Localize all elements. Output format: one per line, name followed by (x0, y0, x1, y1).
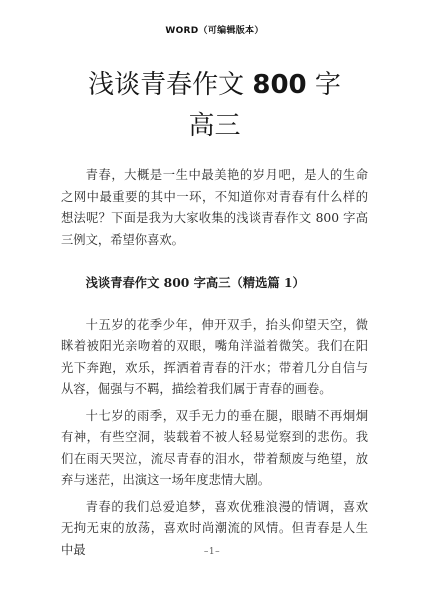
intro-paragraph: 青春，大概是一生中最美艳的岁月吧，是人的生命之网中最重要的其中一环，不知道你对青… (61, 165, 368, 251)
title-line-1: 浅谈青春作文 800 字 (61, 65, 368, 106)
body-paragraph-1: 十五岁的花季少年，伸开双手，抬头仰望天空，微眯着被阳光亲吻着的双眼，嘴角洋溢着微… (61, 315, 368, 401)
document-title: 浅谈青春作文 800 字 高三 (61, 65, 368, 147)
document-page: WORD（可编辑版本） 浅谈青春作文 800 字 高三 青春，大概是一生中最美艳… (0, 0, 424, 600)
title-line-2: 高三 (61, 106, 368, 147)
body-paragraph-2: 十七岁的雨季，双手无力的垂在腿，眼睛不再炯炯有神，有些空洞，装载着不被人轻易觉察… (61, 406, 368, 492)
title-number: 800 (252, 70, 306, 100)
page-number: –1– (0, 546, 424, 558)
title-text-before-number: 浅谈青春作文 (88, 70, 252, 100)
watermark-label: WORD（可编辑版本） (61, 27, 368, 36)
title-text-after-number: 字 (307, 70, 341, 100)
section-subheading: 浅谈青春作文 800 字高三（精选篇 1） (61, 272, 368, 294)
